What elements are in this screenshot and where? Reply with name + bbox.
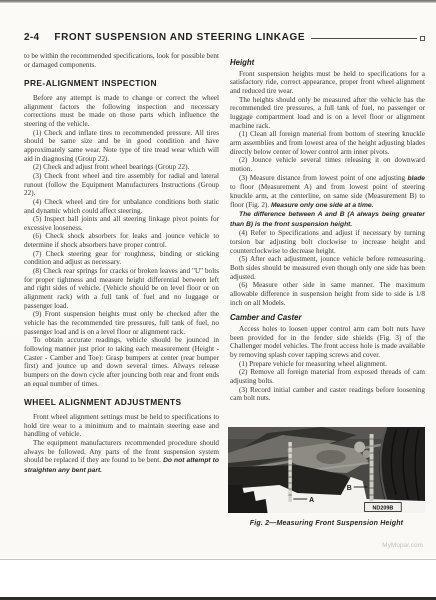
sub-heading: Height [230, 59, 425, 68]
photo-tire [379, 427, 425, 509]
text-run: (2) Jounce vehicle several times releasi… [230, 156, 425, 173]
text-run: (8) Check rear springs for cracks or bro… [24, 267, 219, 310]
figure-2-photo: A B ND209B [228, 427, 425, 513]
text-run: (5) Inspect ball joints and all steering… [24, 215, 219, 232]
paragraph: (6) Check shock absorbers for leaks and … [24, 232, 219, 249]
text-run: Access holes to loosen upper control arm… [230, 325, 425, 359]
paragraph: (1) Clean all foreign material from bott… [230, 130, 425, 156]
two-column-body: to be within the recommended specificati… [24, 52, 425, 476]
text-run: (2) Remove all foreign material from exp… [230, 368, 425, 385]
text-run: (5) After each adjustment, jounce vehicl… [230, 255, 425, 280]
paragraph: Before any attempt is made to change or … [24, 94, 219, 129]
text-run: (3) Check front wheel and tire assembly … [24, 172, 219, 197]
text-run: Camber and Caster [230, 313, 302, 322]
header-rule [311, 38, 417, 39]
paragraph: (3) Record initial camber and caster rea… [230, 386, 425, 403]
paragraph: (3) Check front wheel and tire assembly … [24, 172, 219, 198]
text-run: (7) Check steering gear for roughness, b… [24, 250, 219, 267]
paragraph: (3) Measure distance from lowest point o… [230, 174, 425, 211]
paragraph: (2) Remove all foreign material from exp… [230, 368, 425, 385]
measuring-stick-a [288, 442, 291, 502]
text-run: (6) Measure other side in same manner. T… [230, 281, 425, 306]
paragraph: Access holes to loosen upper control arm… [230, 325, 425, 360]
text-run: WHEEL ALIGNMENT ADJUSTMENTS [24, 397, 182, 407]
paragraph: (6) Measure other side in same manner. T… [230, 281, 425, 307]
paragraph: Front suspension heights must be held to… [230, 70, 425, 96]
photo-id-text: ND209B [372, 505, 393, 511]
figure-2: A B ND209B Fig. 2—Measuring Front Suspen… [228, 427, 425, 549]
text-run: Height [230, 58, 254, 67]
text-run: (1) Prepare vehicle for measuring wheel … [239, 360, 387, 368]
paragraph: The equipment manufacturers recommended … [24, 439, 219, 476]
text-run: (4) Refer to Specifications and adjust i… [230, 229, 425, 254]
text-run: (4) Check wheel and tire for unbalance c… [24, 198, 219, 215]
header-rule-end-square [420, 36, 425, 41]
measuring-stick-b [370, 434, 374, 501]
section-heading: PRE-ALIGNMENT INSPECTION [24, 79, 219, 88]
paragraph: To obtain accurate readings, vehicle sho… [24, 336, 219, 388]
text-run: (1) Clean all foreign material from bott… [230, 130, 425, 155]
label-b-text: B [347, 485, 352, 492]
paragraph: (5) After each adjustment, jounce vehicl… [230, 255, 425, 281]
photo-id-plate: ND209B [365, 503, 402, 512]
label-a-text: A [309, 497, 314, 504]
section-heading: WHEEL ALIGNMENT ADJUSTMENTS [24, 398, 219, 407]
figure-2-caption: Fig. 2—Measuring Front Suspension Height [228, 520, 425, 527]
paragraph: (4) Refer to Specifications and adjust i… [230, 229, 425, 255]
page-header: 2-4 FRONT SUSPENSION AND STEERING LINKAG… [24, 32, 425, 43]
paragraph: Front wheel alignment settings must be h… [24, 413, 219, 439]
paragraph: (2) Check and adjust front wheel bearing… [24, 163, 219, 172]
paragraph: to be within the recommended specificati… [24, 52, 219, 69]
text-run: Front suspension heights must be held to… [230, 70, 425, 95]
page-number: 2-4 [24, 32, 39, 43]
text-run: (6) Check shock absorbers for leaks and … [24, 232, 219, 249]
paragraph: The heights should only be measured afte… [230, 96, 425, 131]
text-run: (3) Record initial camber and caster rea… [230, 386, 425, 403]
text-run: (2) Check and adjust front wheel bearing… [33, 163, 189, 171]
page-title: FRONT SUSPENSION AND STEERING LINKAGE [54, 32, 305, 43]
watermark: MyMopar.com [228, 542, 425, 549]
text-run: Front wheel alignment settings must be h… [24, 413, 219, 438]
paragraph: (7) Check steering gear for roughness, b… [24, 250, 219, 267]
text-run: Before any attempt is made to change or … [24, 94, 219, 128]
paragraph: (2) Jounce vehicle several times releasi… [230, 156, 425, 173]
text-run: PRE-ALIGNMENT INSPECTION [24, 78, 157, 88]
page-bottom-edge [0, 559, 436, 560]
paragraph: (9) Front suspension heights must only b… [24, 310, 219, 336]
paragraph: (5) Inspect ball joints and all steering… [24, 215, 219, 232]
text-run: To obtain accurate readings, vehicle sho… [24, 336, 219, 387]
text-run: The heights should only be measured afte… [230, 96, 425, 130]
sub-heading: Camber and Caster [230, 314, 425, 323]
text-run: (1) Check and inflate tires to recommend… [24, 129, 219, 163]
text-run: (9) Front suspension heights must only b… [24, 310, 219, 335]
paragraph: (4) Check wheel and tire for unbalance c… [24, 198, 219, 215]
paragraph: (1) Check and inflate tires to recommend… [24, 129, 219, 164]
paragraph: (1) Prepare vehicle for measuring wheel … [230, 360, 425, 369]
paragraph: The difference between A and B (A always… [230, 210, 425, 229]
paragraph: (8) Check rear springs for cracks or bro… [24, 267, 219, 310]
emphasis-text: The difference between A and B (A always… [230, 211, 425, 228]
emphasis-text: blade [408, 175, 425, 182]
right-column: HeightFront suspension heights must be h… [230, 52, 425, 476]
manual-page: 2-4 FRONT SUSPENSION AND STEERING LINKAG… [0, 3, 436, 558]
text-run: to be within the recommended specificati… [24, 52, 219, 69]
emphasis-text: Measure only one side at a time. [271, 202, 374, 209]
text-run: (3) Measure distance from lowest point o… [239, 174, 408, 182]
left-column: to be within the recommended specificati… [24, 52, 219, 476]
